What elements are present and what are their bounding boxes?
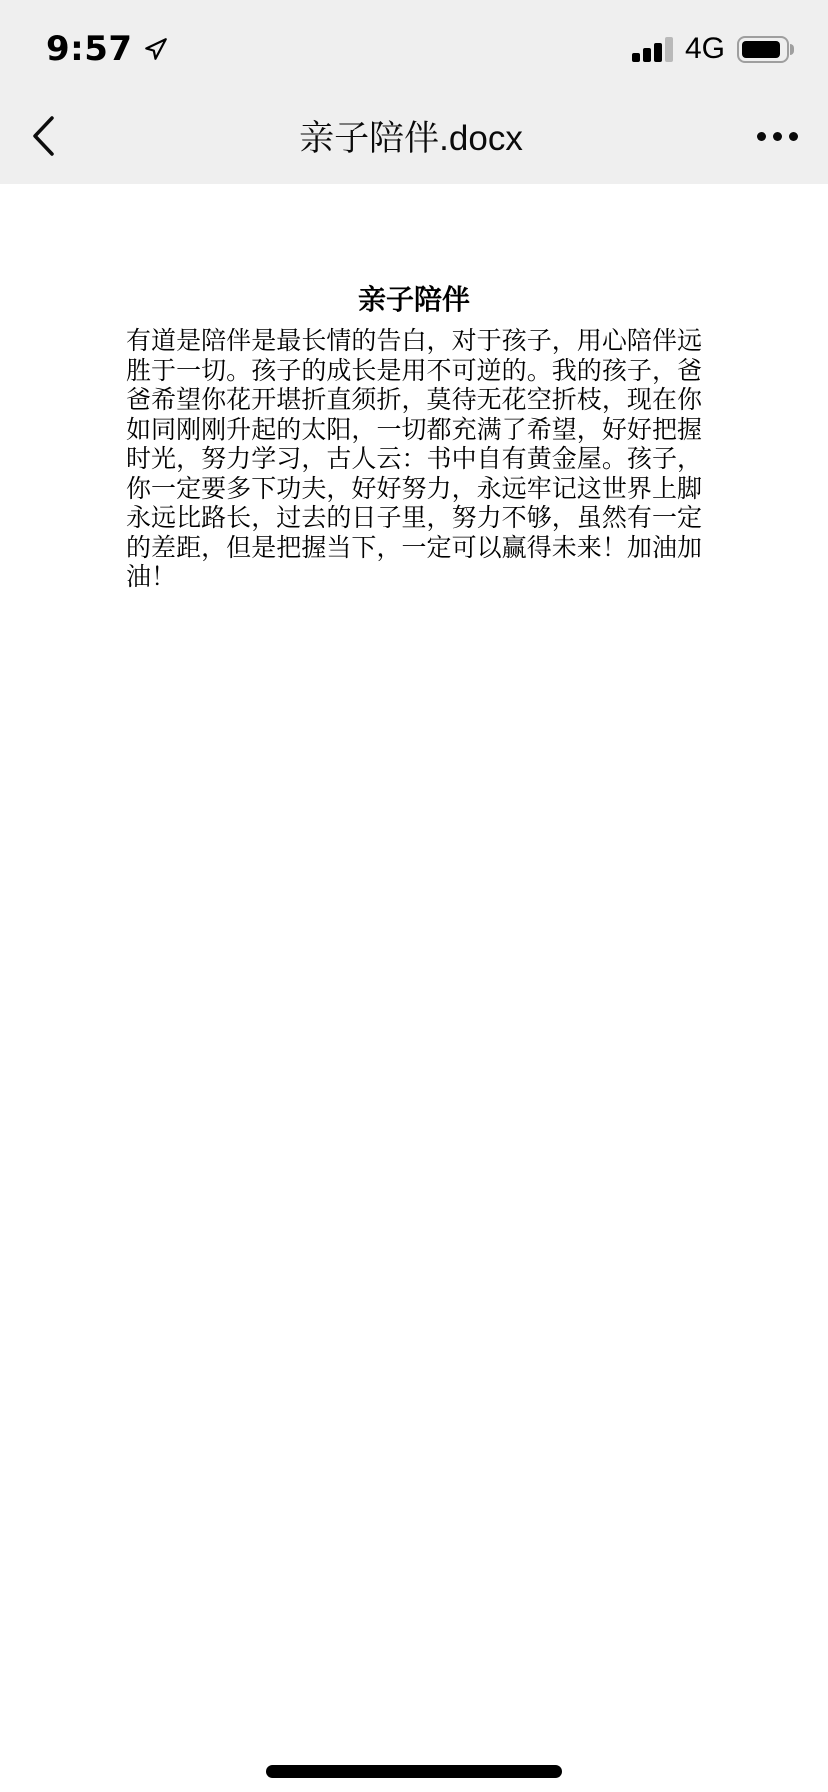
back-chevron-icon [30,114,56,158]
document-body: 有道是陪伴是最长情的告白，对于孩子，用心陪伴远胜于一切。孩子的成长是用不可逆的。… [126,327,702,593]
status-right: 4G [632,32,794,66]
document-title: 亲子陪伴 [126,284,702,316]
network-type-label: 4G [685,32,725,66]
battery-icon [737,36,794,63]
battery-fill [742,41,780,58]
home-indicator[interactable] [266,1765,562,1778]
document-page: 亲子陪伴 有道是陪伴是最长情的告白，对于孩子，用心陪伴远胜于一切。孩子的成长是用… [0,184,828,593]
document-viewer[interactable]: 亲子陪伴 有道是陪伴是最长情的告白，对于孩子，用心陪伴远胜于一切。孩子的成长是用… [0,184,828,1792]
status-bar: 9:57 4G [0,0,828,88]
more-button[interactable] [736,108,798,164]
cellular-signal-icon [632,36,673,62]
back-button[interactable] [30,108,86,164]
status-left: 9:57 [46,29,169,69]
location-arrow-icon [143,36,169,62]
phone-screen: 9:57 4G 亲子陪伴. [0,0,828,1792]
nav-bar: 亲子陪伴.docx [0,88,828,184]
header: 9:57 4G 亲子陪伴. [0,0,828,184]
ellipsis-icon [757,132,798,141]
status-time: 9:57 [46,29,133,69]
document-filename: 亲子陪伴.docx [86,111,736,161]
